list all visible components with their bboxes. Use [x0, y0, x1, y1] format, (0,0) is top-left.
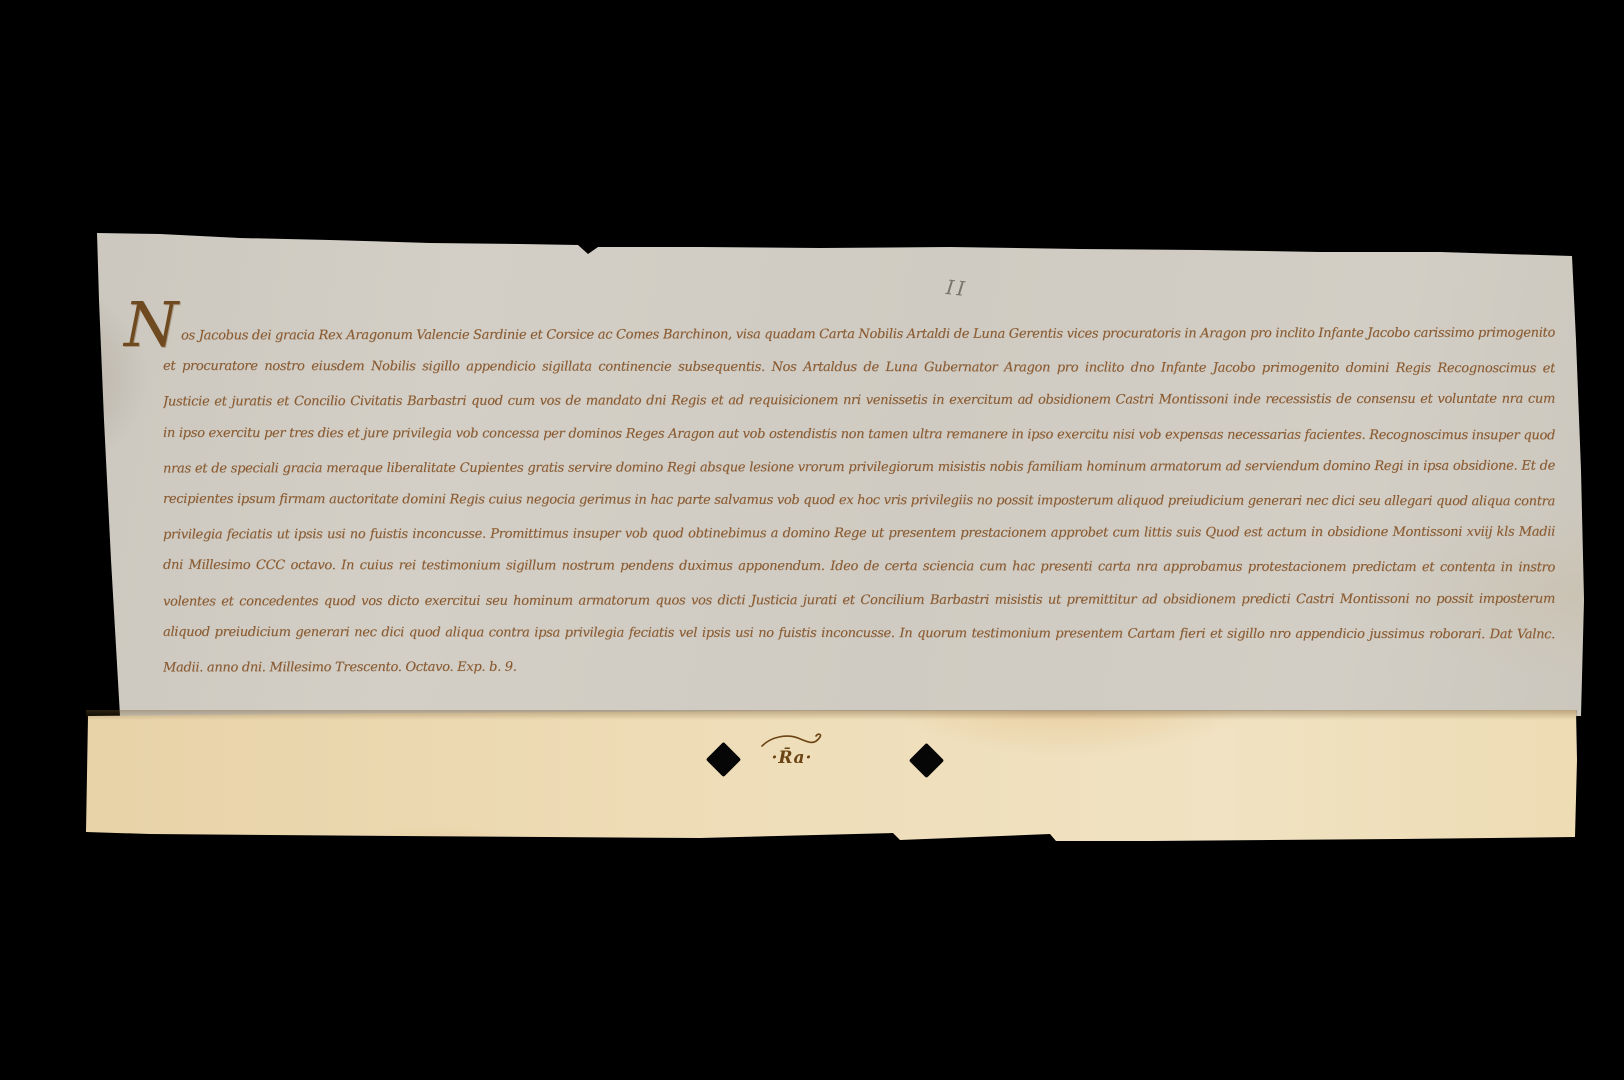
text-line: in ipso exercitu per tres dies et jure p… [163, 416, 1555, 452]
charter-text-block: os Jacobus dei gracia Rex Aragonum Valen… [163, 318, 1555, 683]
text-line: Madii. anno dni. Millesimo Trescento. Oc… [163, 648, 1555, 684]
text-line: volentes et concedentes quod vos dicto e… [163, 582, 1555, 618]
text-line: Justicie et juratis et Concilio Civitati… [163, 383, 1555, 419]
registration-mark-text: ·R̄a· [742, 748, 842, 768]
text-line: os Jacobus dei gracia Rex Aragonum Valen… [163, 317, 1555, 353]
text-line: aliquod preiudicium generari nec dici qu… [163, 615, 1555, 651]
photo-background: N II os Jacobus dei gracia Rex Aragonum … [0, 0, 1624, 1080]
pencil-numbering-mark: II [945, 275, 969, 301]
text-line: nras et de speciali gracia meraque liber… [163, 449, 1555, 485]
text-line: privilegia feciatis ut ipsis usi no fuis… [163, 516, 1555, 552]
text-line: et procuratore nostro eiusdem Nobilis si… [163, 350, 1555, 386]
text-line: recipientes ipsum firmam auctoritate dom… [163, 483, 1555, 519]
registration-mark: ·R̄a· [742, 732, 842, 780]
text-line: dni Millesimo CCC octavo. In cuius rei t… [163, 549, 1555, 585]
